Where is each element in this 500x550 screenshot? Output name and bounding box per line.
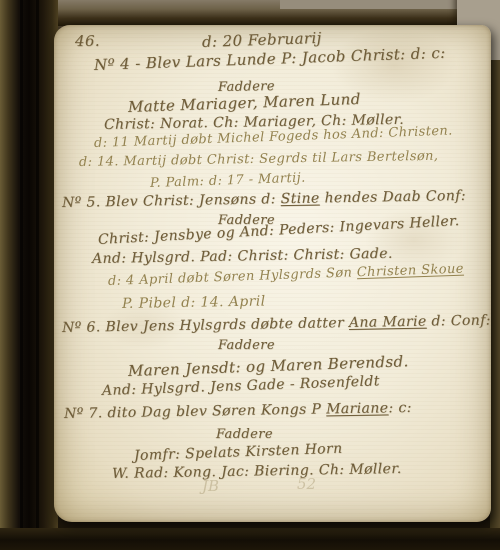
handwriting-text: And: Hylsgrd. Pad: Christ: Christ: Gade. (92, 246, 393, 267)
handwriting-text: Jomfr: Spelats Kirsten Horn (134, 441, 343, 464)
handwriting-text: P. Pibel d: 14. April (122, 293, 266, 312)
godparents-line: Christ: Jensbye og And: Peders: Ingevars… (98, 213, 460, 248)
handwriting-text: Nº 5. Blev Christ: Jensøns d: (62, 191, 281, 211)
handwriting-text: : c: (388, 400, 412, 416)
underlined-name: Ana Marie (349, 314, 427, 331)
faddere-heading: Faddere (218, 338, 275, 353)
ink-bleedthrough-mark: 52 (297, 475, 316, 493)
underlined-name: Christen Skoue (357, 262, 465, 281)
handwriting-text: Nº 6. Blev Jens Hylsgrds døbte datter (62, 315, 349, 336)
handwriting-text: d: Conf: (426, 313, 491, 330)
faddere-heading: Faddere (216, 427, 273, 442)
date-entry: d: 14. Martij døbt Christ: Segrds til La… (79, 149, 439, 170)
ink-bleedthrough-mark: JB (202, 477, 219, 495)
godparents-line: Jomfr: Spelats Kirsten Horn (134, 441, 343, 464)
entry-no7: Nº 7. dito Dag blev Søren Kongs P Marian… (64, 400, 412, 422)
godparents-line: W. Rad: Kong. Jac: Biering. Ch: Møller. (112, 461, 402, 482)
entry-no6: Nº 6. Blev Jens Hylsgrds døbte datter An… (62, 313, 491, 336)
handwriting-text: d: 4 April døbt Søren Hylsgrds Søn (108, 265, 357, 289)
book-bottom-edge (0, 528, 500, 550)
handwriting-text: P. Palm: d: 17 - Martij. (150, 171, 306, 191)
handwriting-text: Faddere (216, 427, 273, 442)
date-entry: P. Palm: d: 17 - Martij. (150, 171, 306, 191)
godparents-line: Matte Mariager, Maren Lund (128, 90, 361, 116)
underlined-name: Mariane (326, 400, 389, 417)
binding-streak (36, 0, 39, 550)
handwriting-text: Matte Mariager, Maren Lund (128, 90, 361, 116)
underlined-name: Stine (281, 191, 320, 208)
godparents-line: And: Hylsgrd. Pad: Christ: Christ: Gade. (92, 246, 393, 267)
manuscript-page: 46.d: 20 FebruarijNº 4 - Blev Lars Lunde… (54, 25, 491, 522)
page-number: 46. (75, 32, 100, 50)
handwriting-text: hendes Daab Conf: (320, 188, 467, 207)
date-entry: P. Pibel d: 14. April (122, 293, 266, 312)
handwriting-text: Faddere (218, 338, 275, 353)
handwriting-text: 46. (75, 32, 100, 50)
handwriting-text: d: 14. Martij døbt Christ: Segrds til La… (79, 149, 439, 170)
handwriting-text: W. Rad: Kong. Jac: Biering. Ch: Møller. (112, 461, 402, 482)
book-right-edge (490, 60, 500, 550)
handwriting-text: Nº 7. dito Dag blev Søren Kongs P (64, 401, 326, 422)
binding-streak (20, 0, 23, 550)
book-photo: 46.d: 20 FebruarijNº 4 - Blev Lars Lunde… (0, 0, 500, 550)
entry-no5: Nº 5. Blev Christ: Jensøns d: Stine hend… (62, 188, 466, 211)
book-binding (0, 0, 58, 550)
handwriting-text: Christ: Jensbye og And: Peders: Ingevars… (98, 213, 460, 248)
